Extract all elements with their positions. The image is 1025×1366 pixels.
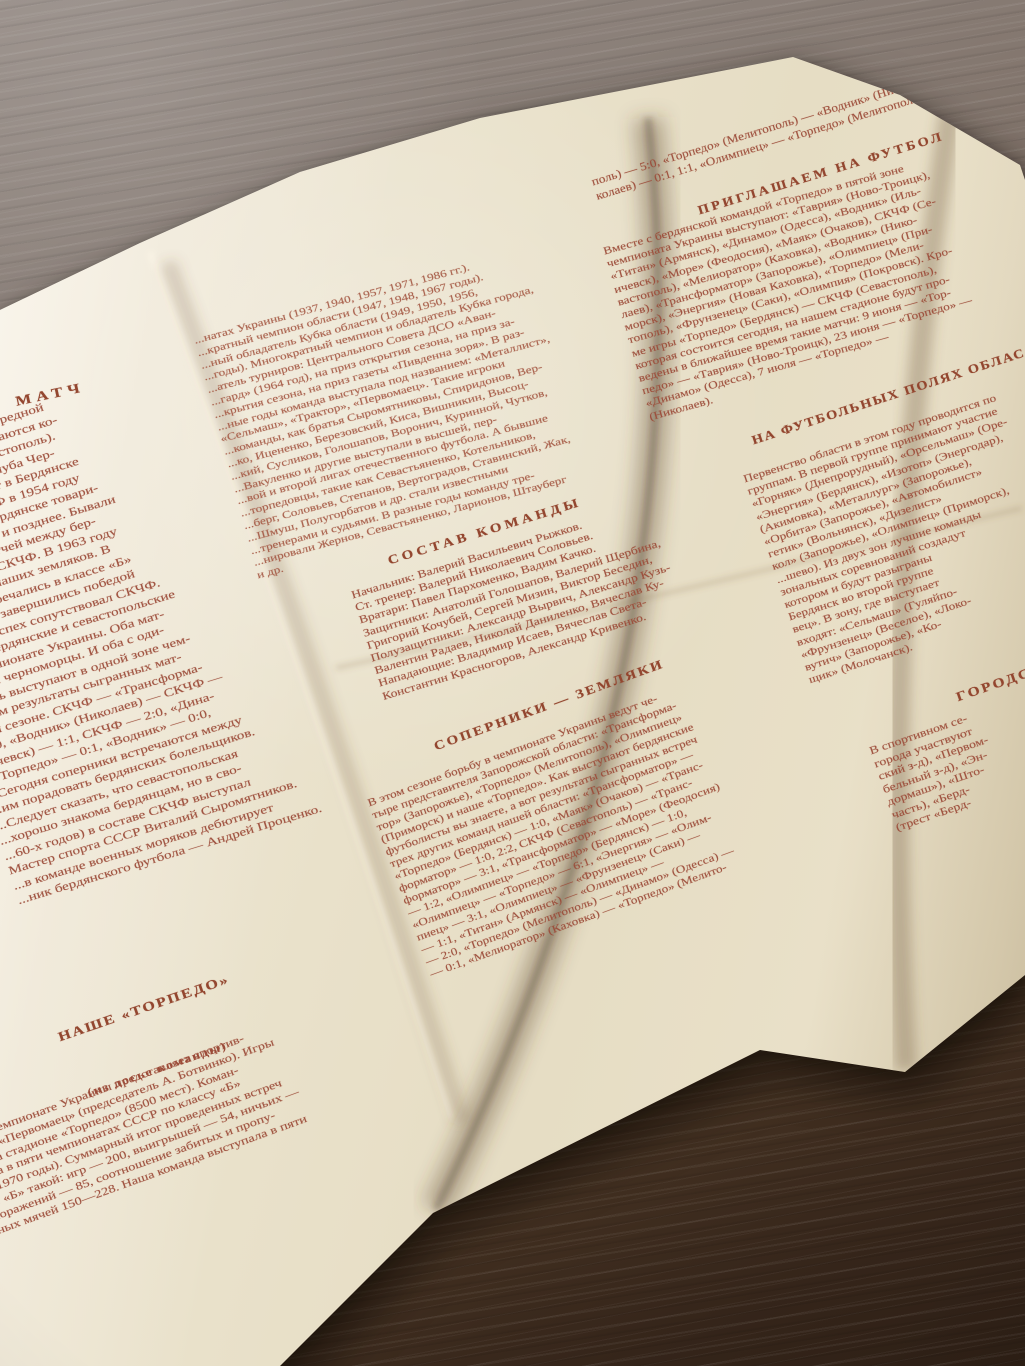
photo-vignette (0, 0, 1025, 1366)
photo-of-football-programme: МАТЧ ...до» проходит очередной...футболу… (0, 0, 1025, 1366)
